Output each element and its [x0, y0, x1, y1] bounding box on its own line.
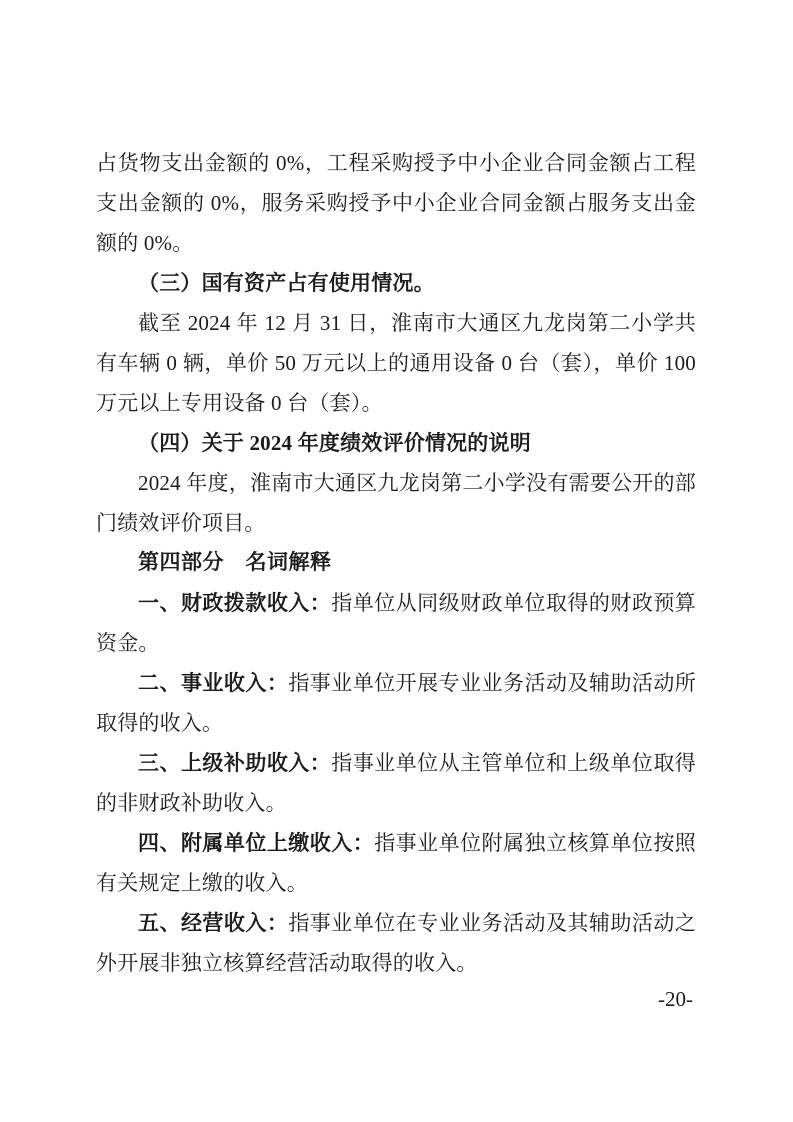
term-affiliated-unit-remittance-income: 四、附属单位上缴收入：指事业单位附属独立核算单位按照有关规定上缴的收入。 — [96, 823, 696, 903]
text-run: 占货物支出金额的 0%，工程采购授予中小企业合同金额占工程支出金额的 0%，服务… — [96, 151, 696, 255]
document-page: 占货物支出金额的 0%，工程采购授予中小企业合同金额占工程支出金额的 0%，服务… — [0, 0, 793, 1122]
text-run: 2024 年度，淮南市大通区九龙岗第二小学没有需要公开的部门绩效评价项目。 — [96, 471, 696, 535]
term-label: 五、经营收入： — [138, 911, 288, 935]
para-state-owned-assets: 截至 2024 年 12 月 31 日，淮南市大通区九龙岗第二小学共有车辆 0 … — [96, 303, 696, 423]
heading-state-owned-assets: （三）国有资产占有使用情况。 — [96, 263, 696, 303]
term-operating-income: 五、经营收入：指事业单位在专业业务活动及其辅助活动之外开展非独立核算经营活动取得… — [96, 903, 696, 983]
section-title-glossary: 第四部分 名词解释 — [96, 543, 696, 583]
term-fiscal-appropriation-income: 一、财政拨款收入：指单位从同级财政单位取得的财政预算资金。 — [96, 583, 696, 663]
term-label: 第四部分 名词解释 — [138, 551, 332, 574]
term-label: 三、上级补助收入： — [138, 751, 331, 775]
document-body: 占货物支出金额的 0%，工程采购授予中小企业合同金额占工程支出金额的 0%，服务… — [96, 143, 696, 983]
para-performance-evaluation: 2024 年度，淮南市大通区九龙岗第二小学没有需要公开的部门绩效评价项目。 — [96, 463, 696, 543]
term-label: 一、财政拨款收入： — [138, 591, 331, 615]
term-label: （四）关于 2024 年度绩效评价情况的说明 — [138, 431, 531, 455]
page-number: -20- — [658, 985, 693, 1013]
text-run: 截至 2024 年 12 月 31 日，淮南市大通区九龙岗第二小学共有车辆 0 … — [96, 311, 696, 415]
heading-performance-evaluation: （四）关于 2024 年度绩效评价情况的说明 — [96, 423, 696, 463]
term-superior-subsidy-income: 三、上级补助收入：指事业单位从主管单位和上级单位取得的非财政补助收入。 — [96, 743, 696, 823]
term-label: （三）国有资产占有使用情况。 — [138, 271, 435, 295]
term-label: 四、附属单位上缴收入： — [138, 831, 374, 855]
term-label: 二、事业收入： — [138, 671, 288, 695]
term-institutional-income: 二、事业收入：指事业单位开展专业业务活动及辅助活动所取得的收入。 — [96, 663, 696, 743]
para-procurement-sme-share-continuation: 占货物支出金额的 0%，工程采购授予中小企业合同金额占工程支出金额的 0%，服务… — [96, 143, 696, 263]
